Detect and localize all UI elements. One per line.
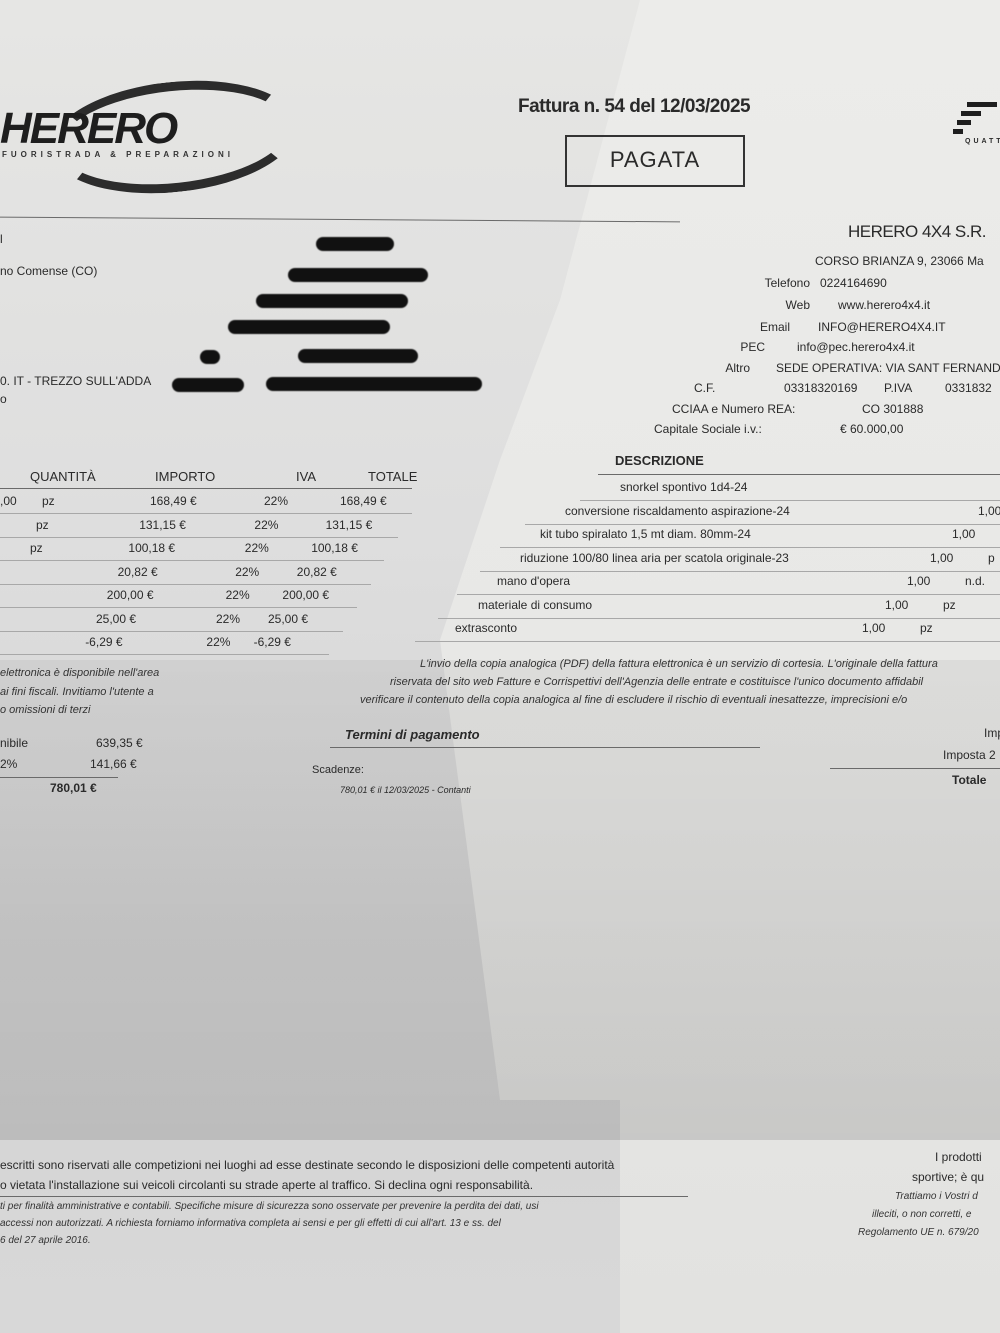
logo2-tagline: QUATTRO [965,138,1000,145]
left-row-importo: 168,49 € [150,494,197,508]
left-row-importo: 20,82 € [118,565,158,579]
payment-terms-divider [330,747,760,748]
contact-phone: 0224164690 [820,276,887,290]
left-row-unit: pz [30,541,43,555]
table-header-divider [0,488,412,489]
redaction-mark [288,268,428,282]
capital-value: € 60.000,00 [840,422,903,436]
footer-right-line4: illeciti, o non corretti, e [872,1209,972,1220]
customer-line2: no Comense (CO) [0,264,97,278]
payment-terms-title: Termini di pagamento [345,727,480,742]
contact-label: PEC [655,340,765,354]
left-row-iva: 22% [245,541,269,555]
right-row-unit: n.d. [965,574,985,588]
capital-label: Capitale Sociale i.v.: [654,422,762,436]
right-row-desc: snorkel spontivo 1d4-24 [620,480,747,494]
right-row-qty: 1,00 [930,551,953,565]
table-row-divider [525,524,1000,525]
customer-line4: o [0,392,7,406]
left-row-totale: 100,18 € [311,541,358,555]
col-header-descrizione: DESCRIZIONE [615,453,704,468]
table-row-divider [0,584,371,585]
table-row-divider [457,594,1000,595]
vat-label: 2% [0,757,17,771]
footer-right-line5: Regolamento UE n. 679/20 [858,1227,979,1238]
left-row-iva: 22% [216,612,240,626]
left-notice-line: elettronica è disponibile nell'area [0,667,159,679]
redaction-mark [228,320,390,334]
stripes-icon [953,100,1000,134]
contact-label: Altro [640,361,750,375]
table-row-divider [500,547,1000,548]
contact-label: Email [680,320,790,334]
piva-label: P.IVA [884,381,912,395]
cf-label: C.F. [694,381,715,395]
left-row-unit: pz [36,518,49,532]
contact-pec: info@pec.herero4x4.it [797,340,915,354]
left-row-iva: 22% [206,635,230,649]
left-row-importo: -6,29 € [85,635,122,649]
col-header-totale: TOTALE [368,469,417,484]
company-address: CORSO BRIANZA 9, 23066 Ma [815,254,984,268]
footer-left-line1: escritti sono riservati alle competizion… [0,1158,614,1172]
redaction-mark [316,237,394,251]
right-row-desc: mano d'opera [497,574,570,588]
rea-value: CO 301888 [862,402,923,416]
right-row-unit: pz [920,621,933,635]
paid-stamp-label: PAGATA [567,147,743,173]
footer-right-line2: sportive; è qu [912,1170,984,1184]
cf-value: 03318320169 [784,381,857,395]
table-row-divider [0,513,412,514]
footer-right-line1: I prodotti [935,1150,982,1164]
right-row-desc: kit tubo spiralato 1,5 mt diam. 80mm-24 [540,527,751,541]
col-header-importo: IMPORTO [155,469,215,484]
col-header-qty: QUANTITÀ [30,469,96,484]
col-header-iva: IVA [296,469,316,484]
contact-web: www.herero4x4.it [838,298,930,312]
left-row-totale: 200,00 € [282,588,329,602]
contact-label: Telefono [700,276,810,290]
left-row-totale: 168,49 € [340,494,387,508]
left-row-totale: 20,82 € [297,565,337,579]
left-row-importo: 25,00 € [96,612,136,626]
right-notice-line: riservata del sito web Fatture e Corrisp… [390,676,923,688]
piva-value: 0331832 [945,381,992,395]
left-row-totale: -6,29 € [254,635,291,649]
right-taxable-label: Imp [984,726,1000,740]
left-row-qty: ,00 [0,494,17,508]
right-row-desc: extrasconto [455,621,517,635]
taxable-value: 639,35 € [96,736,143,750]
left-row-importo: 200,00 € [107,588,154,602]
right-notice-line: verificare il contenuto della copia anal… [360,694,907,706]
table-row-divider [0,537,398,538]
right-row-unit: pz [943,598,956,612]
table-row-divider [0,654,329,655]
right-row-desc: conversione riscaldamento aspirazione-24 [565,504,790,518]
right-row-qty: 1,00 [978,504,1000,518]
left-row-iva: 22% [226,588,250,602]
company-name: HERERO 4X4 S.R. [848,222,986,242]
invoice-title: Fattura n. 54 del 12/03/2025 [518,96,750,118]
right-row-desc: materiale di consumo [478,598,592,612]
right-row-qty: 1,00 [862,621,885,635]
table-row-divider [415,641,1000,642]
right-totals-divider [830,768,1000,769]
redaction-mark [266,377,482,391]
table-row-divider [0,631,343,632]
rea-label: CCIAA e Numero REA: [672,402,795,416]
footer-left-line5: 6 del 27 aprile 2016. [0,1235,91,1246]
desc-header-divider [598,474,1000,475]
vat-value: 141,66 € [90,757,137,771]
left-row-importo: 131,15 € [139,518,186,532]
footer-left-line2: o vietata l'installazione sui veicoli ci… [0,1178,533,1192]
due-line: 780,01 € il 12/03/2025 - Contanti [340,785,471,795]
left-row-totale: 131,15 € [326,518,373,532]
right-notice-line: L'invio della copia analogica (PDF) dell… [420,658,938,670]
customer-line1: l [0,232,3,246]
footer-left-line4: accessi non autorizzati. A richiesta for… [0,1218,501,1229]
redaction-mark [200,350,220,364]
logo-name: HERERO [0,104,176,154]
due-label: Scadenze: [312,764,364,776]
right-row-qty: 1,00 [885,598,908,612]
right-row-desc: riduzione 100/80 linea aria per scatola … [520,551,789,565]
table-row-divider [0,560,384,561]
paid-stamp: PAGATA [565,135,745,187]
customer-line3: 0. IT - TREZZO SULL'ADDA [0,374,151,388]
header-divider [0,217,680,223]
footer-left-line3: ti per finalità amministrative e contabi… [0,1201,539,1212]
logo-tagline: FUORISTRADA & PREPARAZIONI [2,150,234,159]
totals-divider [0,777,118,778]
herero-logo: HERERO FUORISTRADA & PREPARAZIONI [0,80,290,180]
table-row-divider [438,618,1000,619]
contact-label: Web [700,298,810,312]
table-row-divider [480,571,1000,572]
left-notice-line: o omissioni di terzi [0,704,90,716]
right-row-qty: 1,00 [952,527,975,541]
right-row-qty: 1,00 [907,574,930,588]
left-row-importo: 100,18 € [128,541,175,555]
grand-total-value: 780,01 € [50,781,97,795]
footer-divider [0,1196,688,1197]
contact-email: INFO@HERERO4X4.IT [818,320,946,334]
left-row-unit: pz [42,494,55,508]
taxable-label: nibile [0,736,28,750]
redaction-mark [256,294,408,308]
footer-right-line3: Trattiamo i Vostri d [895,1191,978,1202]
left-row-iva: 22% [235,565,259,579]
left-notice-line: ai fini fiscali. Invitiamo l'utente a [0,686,154,698]
right-total-label: Totale [952,773,986,787]
contact-other: SEDE OPERATIVA: VIA SANT FERNAND [776,361,1000,375]
redaction-mark [298,349,418,363]
left-row-iva: 22% [254,518,278,532]
left-row-totale: 25,00 € [268,612,308,626]
table-row-divider [580,500,1000,501]
redaction-mark [172,378,244,392]
right-vat-label: Imposta 2 [943,748,996,762]
left-row-iva: 22% [264,494,288,508]
right-row-unit: p [988,551,995,565]
herero-quattro-logo-icon: QUATTRO [935,100,1000,145]
table-row-divider [0,607,357,608]
